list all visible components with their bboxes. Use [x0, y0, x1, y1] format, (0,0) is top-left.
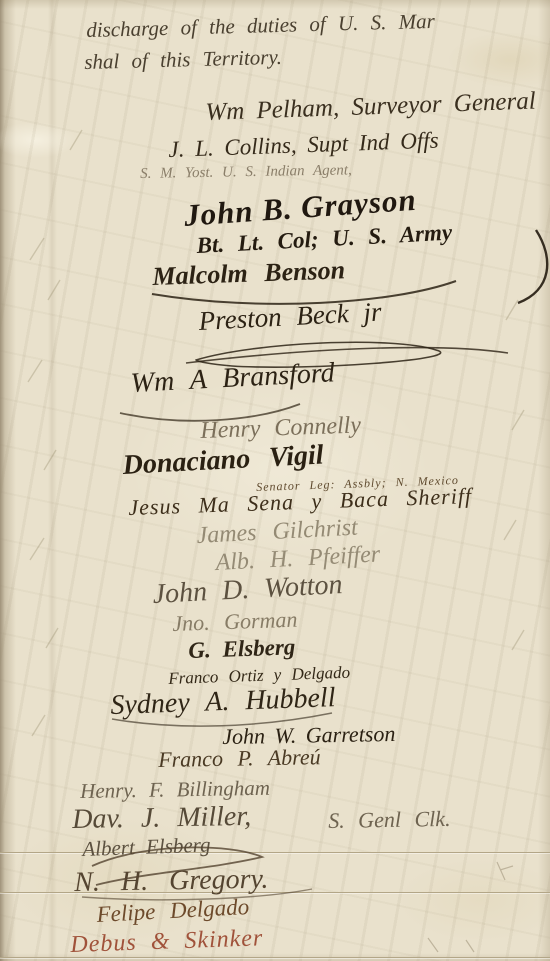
signature-wotton: John D. Wotton: [152, 571, 343, 609]
signature-collins: J. L. Collins, Supt Ind Offs: [168, 129, 439, 161]
signature-vigil: Donaciano Vigil: [122, 441, 324, 479]
signature-albert-elsberg: Albert Elsberg: [82, 835, 211, 860]
signature-benson: Malcolm Benson: [152, 257, 346, 290]
signature-pelham: Wm Pelham, Surveyor General: [205, 88, 536, 125]
flourish-grayson-paren: [518, 230, 547, 303]
signature-g-elsberg: G. Elsberg: [188, 635, 296, 662]
signature-miller: Dav. J. Miller,: [72, 803, 251, 834]
signature-delgado: Felipe Delgado: [96, 895, 250, 926]
signature-miller-title: S. Genl Clk.: [328, 808, 451, 832]
document-body-line-2: shal of this Territory.: [84, 47, 282, 73]
signature-yost: S. M. Yost. U. S. Indian Agent,: [140, 163, 352, 182]
signature-pfeiffer: Alb. H. Pfeiffer: [215, 542, 381, 575]
flourish-beck-swash-tail: [186, 348, 508, 363]
signature-abreu: Franco P. Abreú: [158, 746, 321, 771]
signature-bransford: Wm A Bransford: [130, 359, 335, 398]
signature-hubbell: Sydney A. Hubbell: [110, 684, 336, 720]
document-page: discharge of the duties of U. S. Mar sha…: [0, 0, 550, 961]
signature-debus-skinker: Debus & Skinker: [70, 926, 264, 957]
signature-sena-y-baca: Jesus Ma Sena y Baca Sheriff: [128, 485, 472, 519]
pencil-smudges: [428, 862, 513, 952]
signature-connelly: Henry Connelly: [200, 413, 361, 443]
signature-gorman: Jno. Gorman: [172, 609, 298, 635]
document-body-line-1: discharge of the duties of U. S. Mar: [86, 11, 435, 41]
signature-gregory: N. H. Gregory.: [74, 866, 269, 897]
signature-beck: Preston Beck jr: [198, 298, 382, 335]
signature-billingham: Henry. F. Billingham: [80, 778, 270, 802]
